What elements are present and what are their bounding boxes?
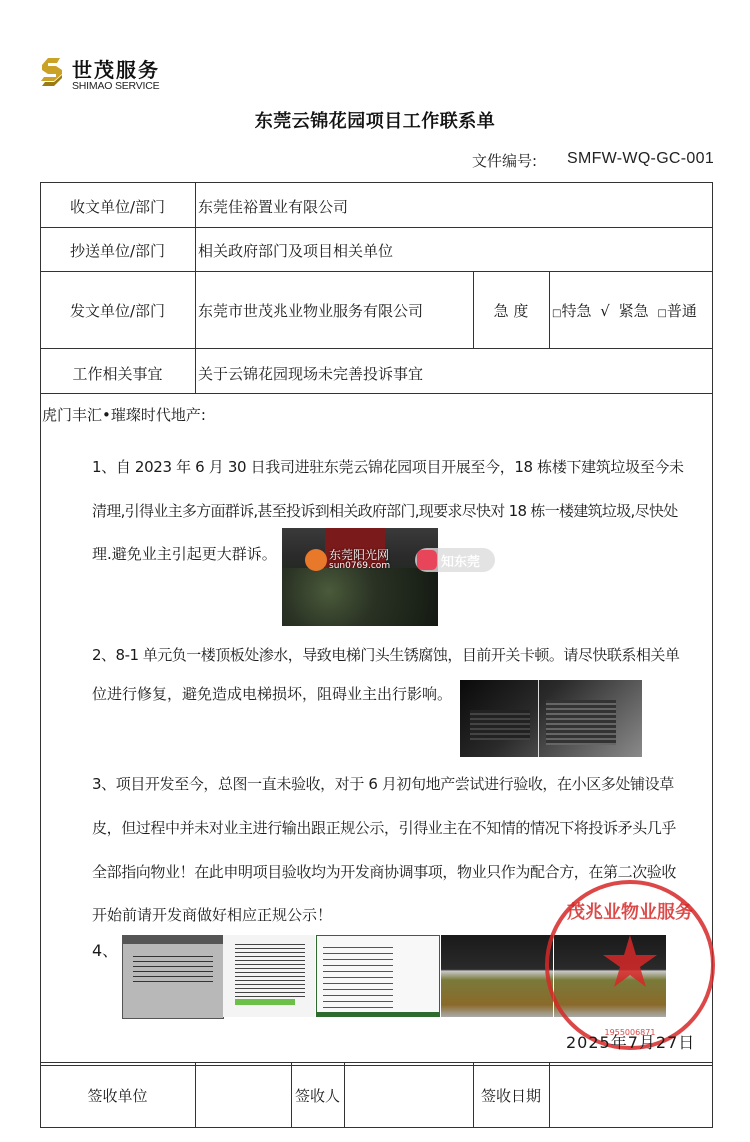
col-divider (195, 182, 196, 393)
photo-elevator-rust (460, 680, 642, 757)
salutation: 虎门丰汇•璀璨时代地产: (42, 404, 206, 425)
item-1-line-2: 清理,引得业主多方面群诉,甚至投诉到相关政府部门,现要求尽快对 18 栋一楼建筑… (92, 500, 678, 521)
photo-detail (133, 956, 213, 982)
logo-cn-text: 世茂服务 (72, 54, 160, 83)
item-3-line-2: 皮，但过程中并未对业主进行输出跟正规公示，引得业主在不知情的情况下将投诉矛头几乎 (92, 817, 676, 838)
sun-logo-icon (305, 549, 327, 571)
screenshot-photo-1 (122, 935, 224, 1019)
watermark: 东莞阳光网 sun0769.com 知东莞 (305, 546, 495, 574)
item-3-line-3: 全部指向物业！在此申明项目验收均为开发商协调事项，物业只作为配合方，在第二次验收 (92, 861, 676, 882)
item-2-line-1: 2、8-1 单元负一楼顶板处渗水，导致电梯门头生锈腐蚀，目前开关卡顿。请尽快联系… (92, 644, 679, 665)
watermark-sub: sun0769.com (329, 561, 390, 571)
recipient-value: 东莞佳裕置业有限公司 (198, 196, 348, 217)
item-2-line-2: 位进行修复，避免造成电梯损坏，阻碍业主出行影响。 (92, 683, 452, 704)
watermark-app-pill: 知东莞 (415, 548, 495, 572)
item-3-line-4: 开始前请开发商做好相应正规公示！ (92, 904, 332, 925)
item-1-line-1: 1、自 2023 年 6 月 30 日我司进驻东莞云锦花园项目开展至今，18 栋… (92, 456, 684, 477)
sender-label: 发文单位/部门 (40, 300, 195, 321)
photo-lawn-1 (441, 935, 553, 1017)
row-divider (40, 393, 713, 394)
signoff-unit-label: 签收单位 (40, 1085, 195, 1106)
photo-split (538, 680, 539, 757)
logo-en-text: SHIMAO SERVICE (72, 80, 159, 92)
photo-detail (235, 943, 305, 997)
row-divider (40, 348, 713, 349)
photo-lawn-2 (554, 935, 666, 1017)
sender-value: 东莞市世茂兆业物业服务有限公司 (198, 300, 423, 321)
photo-detail (317, 1012, 440, 1017)
photo-detail (123, 936, 223, 944)
photo-detail (235, 999, 295, 1005)
doc-number-label: 文件编号: (472, 152, 537, 170)
photo-construction-waste (282, 528, 438, 626)
urgency-option-extra-urgent: 特急 (561, 302, 591, 320)
signoff-date-label: 签收日期 (473, 1085, 549, 1106)
signoff-person-label: 签收人 (291, 1085, 344, 1106)
col-divider (549, 271, 550, 348)
doc-number-value: SMFW-WQ-GC-001 (567, 150, 714, 168)
doc-number: 文件编号: SMFW-WQ-GC-001 (472, 150, 537, 171)
urgency-option-normal: 普通 (667, 302, 697, 320)
checkmark-icon: √ (600, 302, 610, 320)
urgency-label: 急 度 (473, 300, 549, 321)
company-logo: 世茂服务 SHIMAO SERVICE (40, 52, 170, 94)
photo-detail (470, 710, 530, 740)
shimao-s-logo-icon (40, 56, 64, 88)
row-divider (40, 271, 713, 272)
urgency-options: □特急 √ 紧急 □普通 (552, 300, 697, 321)
screenshot-photo-3 (316, 935, 440, 1017)
cc-label: 抄送单位/部门 (40, 240, 195, 261)
cc-value: 相关政府部门及项目相关单位 (198, 240, 393, 261)
photo-foliage (282, 568, 438, 626)
subject-label: 工作相关事宜 (40, 363, 195, 384)
item-1-line-3: 理.避免业主引起更大群诉。 (92, 543, 277, 564)
eye-icon (417, 550, 437, 570)
row-divider (40, 227, 713, 228)
urgency-option-urgent: 紧急 (619, 302, 649, 320)
document-date: 2025年7月27日 (566, 1030, 695, 1053)
document-title: 东莞云锦花园项目工作联系单 (0, 107, 750, 133)
checkbox-unchecked-icon: □ (657, 308, 666, 319)
item-3-line-1: 3、项目开发至今，总图一直未验收，对于 6 月初旬地产尝试进行验收，在小区多处铺… (92, 773, 674, 794)
photo-detail (546, 700, 616, 745)
screenshot-photo-2 (223, 935, 315, 1017)
recipient-label: 收文单位/部门 (40, 196, 195, 217)
item-4-label: 4、 (92, 938, 118, 961)
subject-value: 关于云锦花园现场未完善投诉事宜 (198, 363, 423, 384)
watermark-app-text: 知东莞 (441, 551, 480, 570)
photo-detail (323, 942, 393, 1008)
